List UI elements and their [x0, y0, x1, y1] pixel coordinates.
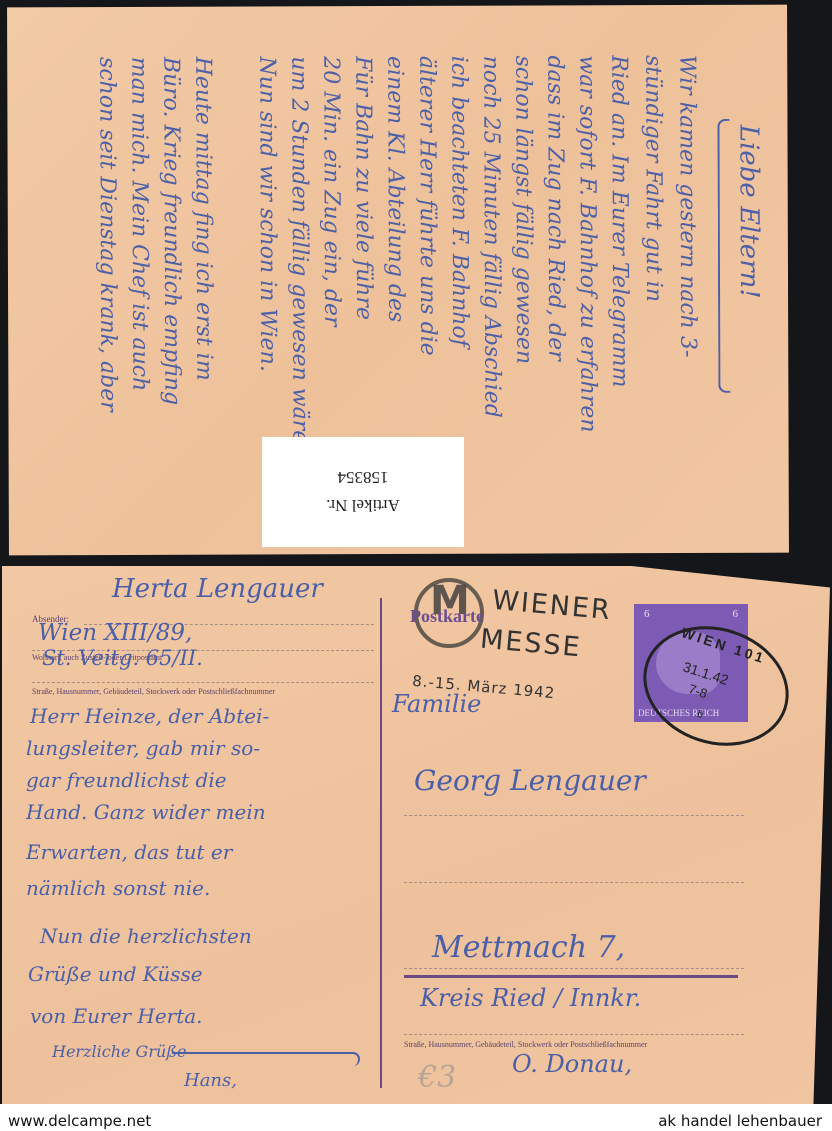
article-number: 158354	[262, 467, 464, 487]
scan-background: Liebe Eltern! Wir kamen gestern nach 3- …	[0, 0, 832, 1104]
greeting: Liebe Eltern!	[733, 125, 764, 299]
dotted-line	[404, 968, 744, 969]
recipient-town: Mettmach 7,	[432, 930, 625, 965]
letter-line: 20 Min. ein Zug ein, der	[318, 56, 344, 326]
sender-name: Herta Lengauer	[112, 574, 323, 604]
letter-line: Büro. Krieg freundlich empfing	[158, 57, 184, 405]
letter-line: Heute mittag fing ich erst im	[190, 57, 216, 381]
recipient-region: O. Donau,	[512, 1050, 632, 1078]
dotted-line	[404, 1034, 744, 1035]
recipient-salutation: Familie	[392, 690, 481, 718]
strasse-hint-right: Straße, Hausnummer, Gebäudeteil, Stockwe…	[404, 1040, 647, 1049]
flourish	[172, 1052, 360, 1066]
message-line: Herzliche Grüße	[52, 1042, 186, 1061]
letter-line: schon längst fällig gewesen	[510, 56, 536, 365]
cancel-date: 31.1.42	[681, 658, 730, 688]
letter-line: Ried an. Im Eurer Telegramm	[606, 55, 632, 387]
letter-line: um 2 Stunden fällig gewesen wäre.	[286, 56, 312, 450]
message-signature: Hans,	[184, 1070, 237, 1091]
message-line: Grüße und Küsse	[28, 962, 203, 986]
message-line: nämlich sonst nie.	[26, 876, 210, 900]
article-number-label: Artikel Nr. 158354	[262, 437, 464, 547]
card-divider	[380, 598, 382, 1088]
message-line: Erwarten, das tut er	[26, 840, 232, 864]
message-line: Hand. Ganz wider mein	[26, 800, 266, 824]
letter-line: war sofort F. Bahnhof zu erfahren	[574, 55, 600, 432]
dotted-line	[404, 815, 744, 816]
letter-line: man mich. Mein Chef ist auch	[126, 57, 152, 391]
article-label-title: Artikel Nr.	[262, 495, 464, 515]
dotted-line	[404, 882, 744, 883]
cancel-letter: b	[696, 709, 705, 721]
letter-line: dass im Zug nach Ried, der	[542, 55, 568, 360]
recipient-name: Georg Lengauer	[414, 764, 646, 797]
letter-line: ich beachteten F. Bahnhof	[446, 56, 472, 347]
message-line: Nun die herzlichsten	[40, 924, 252, 948]
address-underline	[404, 975, 738, 978]
stamp-value-right: 6	[733, 608, 739, 620]
sender-street: St. Veitg. 65/II.	[42, 646, 203, 670]
pencil-price-note: €3	[418, 1060, 456, 1095]
sender-city: Wien XIII/89,	[38, 620, 192, 646]
stamp-value-left: 6	[644, 608, 650, 620]
footer-seller: ak handel lehenbauer	[658, 1112, 822, 1130]
letter-line: Für Bahn zu viele führe	[350, 56, 376, 320]
message-line: von Eurer Herta.	[30, 1004, 203, 1028]
letter-line: älterer Herr führte uns die	[414, 56, 440, 356]
recipient-district: Kreis Ried / Innkr.	[420, 984, 641, 1012]
letter-line: einem Kl. Abteilung des	[382, 56, 408, 322]
dotted-line	[32, 682, 374, 683]
footer-site: www.delcampe.net	[8, 1112, 151, 1130]
message-line: gar freundlichst die	[26, 768, 227, 792]
message-line: Herr Heinze, der Abtei-	[30, 704, 269, 728]
cancel-time: 7-8	[687, 681, 710, 701]
message-line: lungsleiter, gab mir so-	[26, 736, 260, 760]
letter-line: schon seit Dienstag krank, aber	[94, 57, 120, 412]
letter-line: stündiger Fahrt gut in	[640, 55, 666, 302]
strasse-hint-left: Straße, Hausnummer, Gebäudeteil, Stockwe…	[32, 687, 275, 696]
letter-line: Nun sind wir schon in Wien.	[254, 56, 280, 371]
letter-line: Wir kamen gestern nach 3-	[674, 55, 700, 357]
letter-line: noch 25 Minuten fällig Abschied	[478, 56, 504, 418]
postkarte-title: Postkarte	[410, 606, 484, 627]
greeting-bracket	[717, 119, 730, 393]
